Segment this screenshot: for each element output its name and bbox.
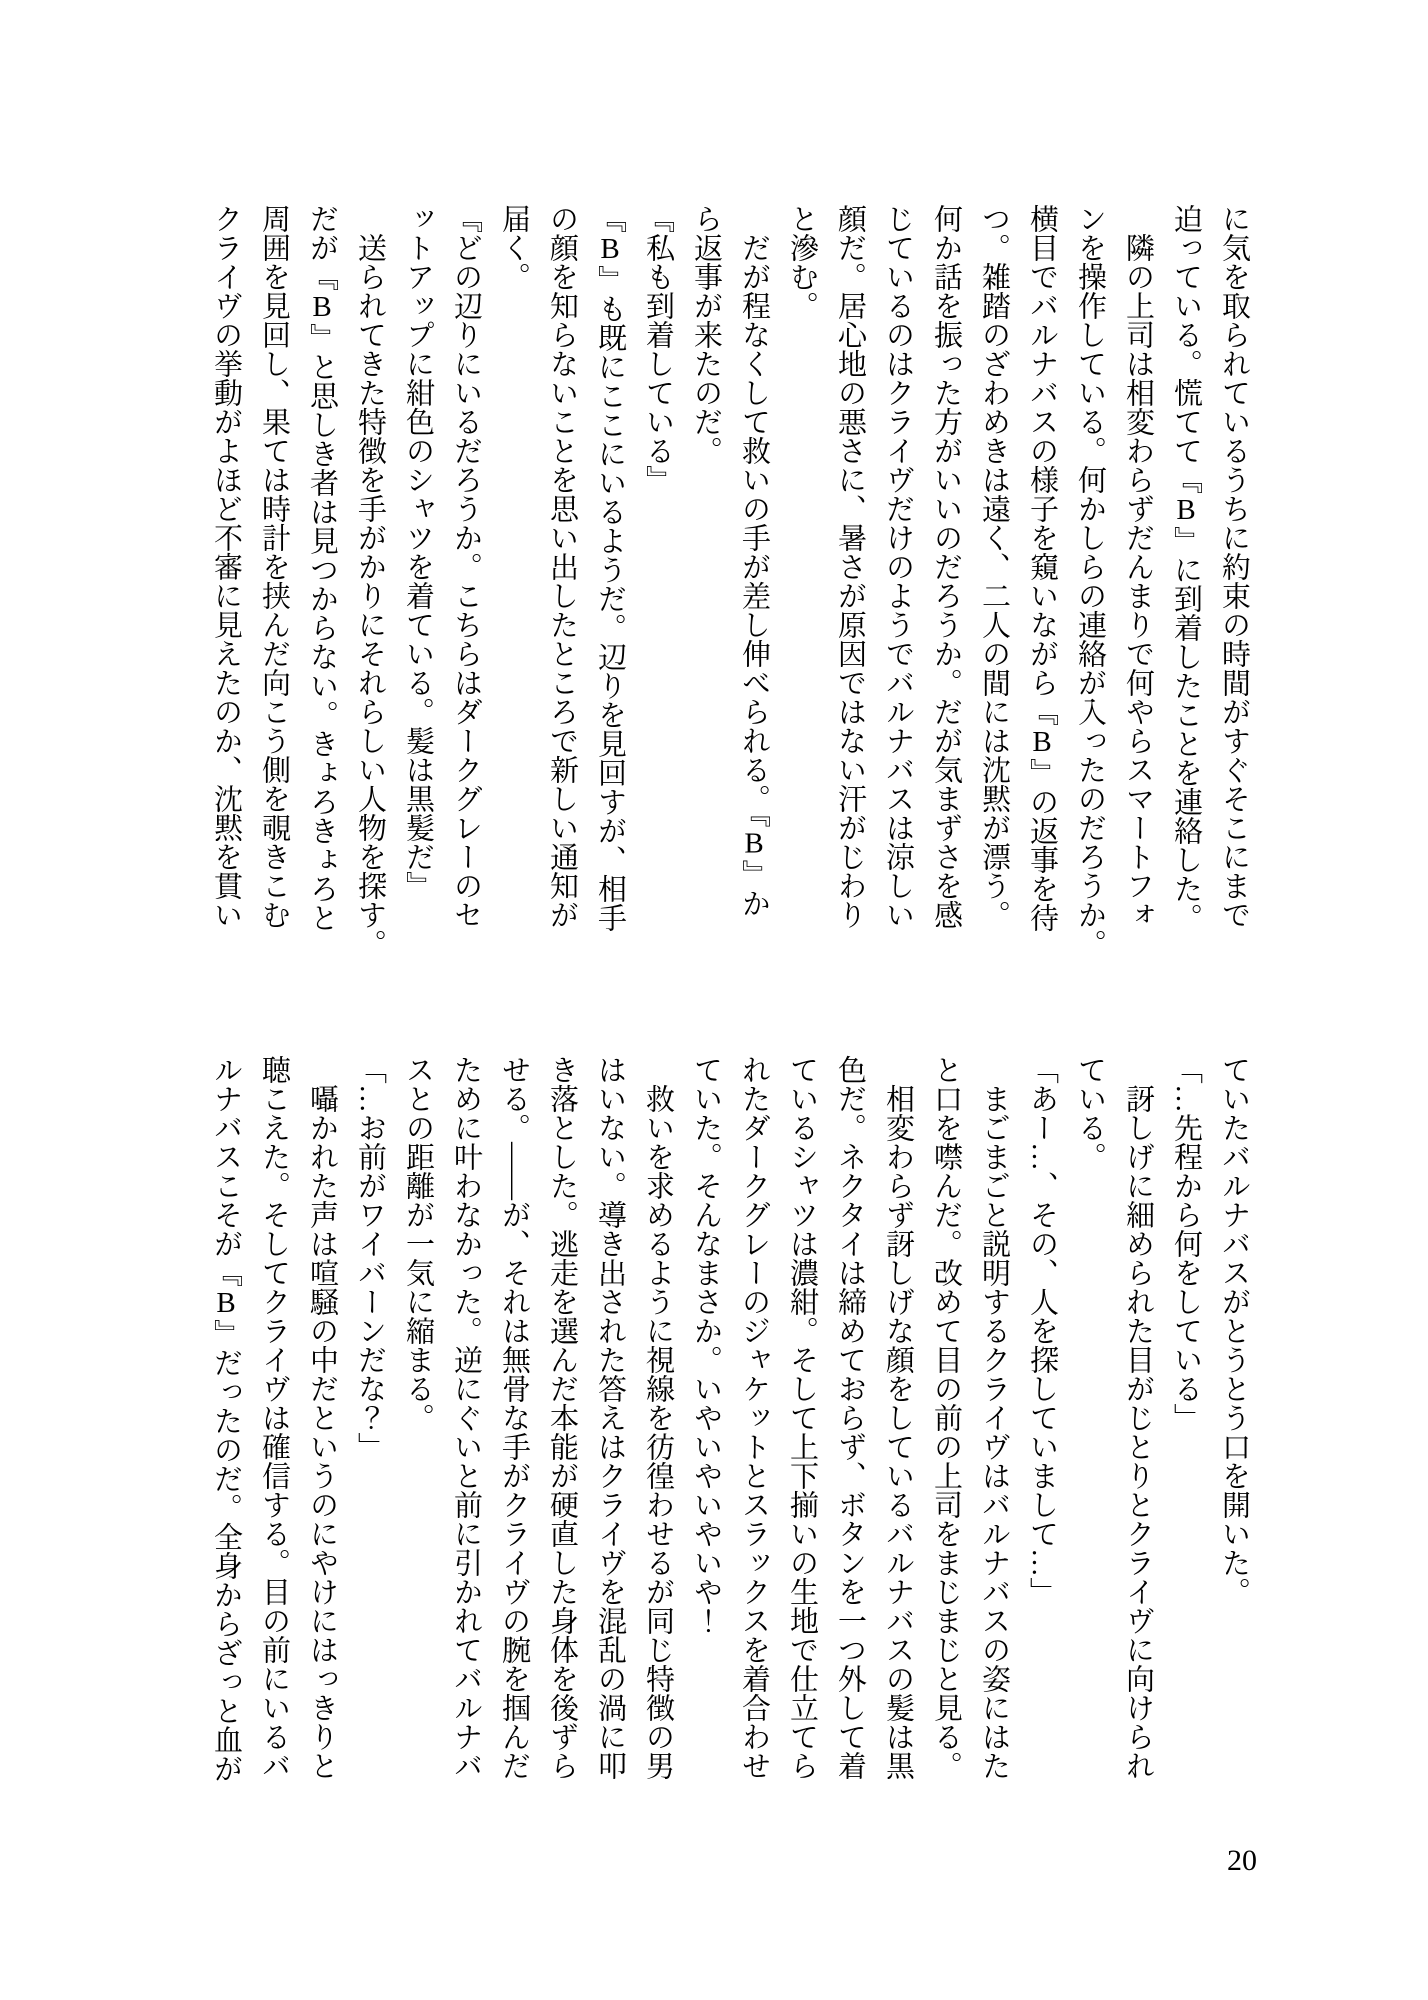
text-column: せる。――が、それは無骨な手がクライヴの腕を掴んだ: [490, 1055, 538, 1817]
text-column: 送られてきた特徴を手がかりにそれらしい人物を探す。: [346, 204, 394, 966]
text-column: 『私も到着している』: [634, 204, 682, 966]
text-column: 何か話を振った方がいいのだろうか。だが気まずさを感: [922, 204, 970, 966]
text-column: ンを操作している。何かしらの連絡が入ったのだろうか。: [1066, 204, 1114, 966]
paragraph-block-1: に気を取られているうちに約束の時間がすぐそこにまで迫っている。慌てて『B』に到着…: [202, 204, 1258, 966]
paragraph-block-2: ていたバルナバスがとうとう口を開いた。「…先程から何をしている」 訝しげに細めら…: [202, 1055, 1258, 1817]
text-column: ルナバスこそが『B』だったのだ。全身からざっと血が: [202, 1055, 250, 1817]
text-column: 「あー…、その、人を探していまして…」: [1018, 1055, 1066, 1817]
text-column: ットアップに紺色のシャツを着ている。髪は黒髪だ』: [394, 204, 442, 966]
text-column: スとの距離が一気に縮まる。: [394, 1055, 442, 1817]
text-column: 迫っている。慌てて『B』に到着したことを連絡した。: [1162, 204, 1210, 966]
text-column: 囁かれた声は喧騒の中だというのにやけにはっきりと: [298, 1055, 346, 1817]
text-column: ている。: [1066, 1055, 1114, 1817]
text-column: はいない。導き出された答えはクライヴを混乱の渦に叩: [586, 1055, 634, 1817]
page-number: 20: [1227, 1846, 1257, 1876]
text-column: 相変わらず訝しげな顔をしているバルナバスの髪は黒: [874, 1055, 922, 1817]
text-column: まごまごと説明するクライヴはバルナバスの姿にはた: [970, 1055, 1018, 1817]
text-column: 色だ。ネクタイは締めておらず、ボタンを一つ外して着: [826, 1055, 874, 1817]
text-column: の顔を知らないことを思い出したところで新しい通知が: [538, 204, 586, 966]
text-column: 顔だ。居心地の悪さに、暑さが原因ではない汗がじわり: [826, 204, 874, 966]
text-column: ているシャツは濃紺。そして上下揃いの生地で仕立てら: [778, 1055, 826, 1817]
text-column: 「…お前がワイバーンだな？」: [346, 1055, 394, 1817]
text-column: ていたバルナバスがとうとう口を開いた。: [1210, 1055, 1258, 1817]
text-column: 届く。: [490, 204, 538, 966]
text-column: に気を取られているうちに約束の時間がすぐそこにまで: [1210, 204, 1258, 966]
text-column: 隣の上司は相変わらずだんまりで何やらスマートフォ: [1114, 204, 1162, 966]
latin-character: B: [1170, 494, 1202, 526]
text-column: 救いを求めるように視線を彷徨わせるが同じ特徴の男: [634, 1055, 682, 1817]
text-column: と口を噤んだ。改めて目の前の上司をまじまじと見る。: [922, 1055, 970, 1817]
text-column: だが『B』と思しき者は見つからない。きょろきょろと: [298, 204, 346, 966]
text-column: ていた。そんなまさか。いやいやいやいや！: [682, 1055, 730, 1817]
latin-character: B: [306, 291, 338, 323]
latin-character: B: [210, 1287, 242, 1319]
text-column: だが程なくして救いの手が差し伸べられる。『B』か: [730, 204, 778, 966]
text-column: つ。雑踏のざわめきは遠く、二人の間には沈黙が漂う。: [970, 204, 1018, 966]
latin-character: B: [738, 828, 770, 860]
text-column: 『B』も既にここにいるようだ。辺りを見回すが、相手: [586, 204, 634, 966]
text-column: 『どの辺りにいるだろうか。こちらはダークグレーのセ: [442, 204, 490, 966]
latin-character: B: [594, 233, 626, 265]
text-column: 「…先程から何をしている」: [1162, 1055, 1210, 1817]
text-column: 訝しげに細められた目がじとりとクライヴに向けられ: [1114, 1055, 1162, 1817]
text-column: き落とした。逃走を選んだ本能が硬直した身体を後ずら: [538, 1055, 586, 1817]
text-column: と滲む。: [778, 204, 826, 966]
text-column: クライヴの挙動がよほど不審に見えたのか、沈黙を貫い: [202, 204, 250, 966]
text-column: じているのはクライヴだけのようでバルナバスは涼しい: [874, 204, 922, 966]
text-column: れたダークグレーのジャケットとスラックスを着合わせ: [730, 1055, 778, 1817]
latin-character: B: [1026, 726, 1058, 758]
text-column: 横目でバルナバスの様子を窺いながら『B』の返事を待: [1018, 204, 1066, 966]
text-column: 聴こえた。そしてクライヴは確信する。目の前にいるバ: [250, 1055, 298, 1817]
text-column: ために叶わなかった。逆にぐいと前に引かれてバルナバ: [442, 1055, 490, 1817]
book-page: に気を取られているうちに約束の時間がすぐそこにまで迫っている。慌てて『B』に到着…: [0, 0, 1428, 2000]
text-column: ら返事が来たのだ。: [682, 204, 730, 966]
text-column: 周囲を見回し、果ては時計を挟んだ向こう側を覗きこむ: [250, 204, 298, 966]
